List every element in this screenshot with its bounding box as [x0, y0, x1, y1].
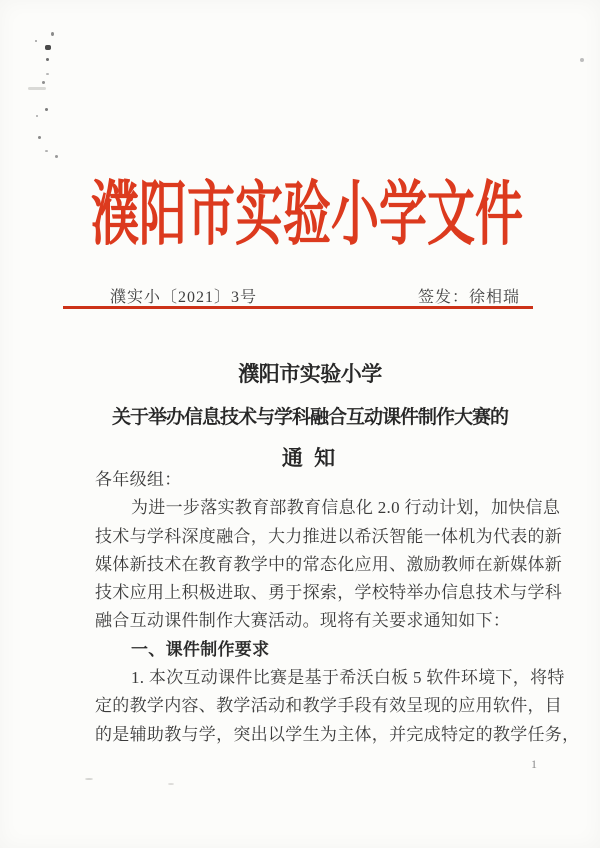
notice-org-line: 濮阳市实验小学: [75, 358, 545, 388]
scan-speck: [580, 58, 584, 62]
notice-body: 各年级组： 为进一步落实教育部教育信息化 2.0 行动计划，加快信息 技术与学科…: [95, 466, 547, 749]
scan-speck: [35, 40, 37, 42]
doc-number: 濮实小〔2021〕3号: [110, 284, 257, 307]
body-line: 技术应用上积极进取、勇于探索，学校特举办信息技术与学科: [95, 579, 547, 607]
letterhead-title: 濮阳市实验小学文件: [72, 158, 542, 258]
body-line: 媒体新技术在教育教学中的常态化应用、激励教师在新媒体新: [95, 551, 547, 579]
notice-title-block: 濮阳市实验小学 关于举办信息技术与学科融合互动课件制作大赛的 通 知: [75, 358, 545, 472]
scan-speck: [85, 778, 93, 780]
scan-speck: [51, 32, 54, 36]
scan-speck: [55, 155, 58, 158]
scan-speck: [45, 150, 48, 152]
scan-speck: [42, 81, 45, 84]
doc-meta-row: 濮实小〔2021〕3号 签发：徐相瑞: [110, 284, 520, 307]
body-line: 为进一步落实教育部教育信息化 2.0 行动计划，加快信息: [95, 494, 547, 522]
scan-speck: [36, 115, 38, 117]
body-line: 定的教学内容、教学活动和教学手段有效呈现的应用软件，目: [95, 692, 547, 720]
signer-label: 签发：徐相瑞: [418, 284, 520, 307]
body-line: 的是辅助教与学，突出以学生为主体，并完成特定的教学任务，: [95, 721, 547, 749]
body-line: 技术与学科深度融合，大力推进以希沃智能一体机为代表的新: [95, 523, 547, 551]
section-heading: 一、课件制作要求: [95, 636, 547, 664]
scan-speck: [38, 136, 41, 139]
red-divider-line: [63, 306, 533, 309]
body-line: 1. 本次互动课件比赛是基于希沃白板 5 软件环境下，将特: [95, 664, 547, 692]
body-line: 融合互动课件制作大赛活动。现将有关要求通知如下：: [95, 607, 547, 635]
page-number: 1: [531, 757, 537, 772]
scan-speck: [45, 108, 48, 111]
scan-speck: [46, 58, 49, 61]
scan-speck: [28, 87, 46, 90]
document-page: 濮阳市实验小学文件 濮实小〔2021〕3号 签发：徐相瑞 濮阳市实验小学 关于举…: [0, 0, 600, 848]
salutation-line: 各年级组：: [95, 466, 547, 494]
notice-subject-line: 关于举办信息技术与学科融合互动课件制作大赛的: [75, 402, 545, 429]
scan-speck: [168, 783, 174, 785]
scan-speck: [45, 45, 51, 50]
scan-speck: [46, 73, 49, 75]
